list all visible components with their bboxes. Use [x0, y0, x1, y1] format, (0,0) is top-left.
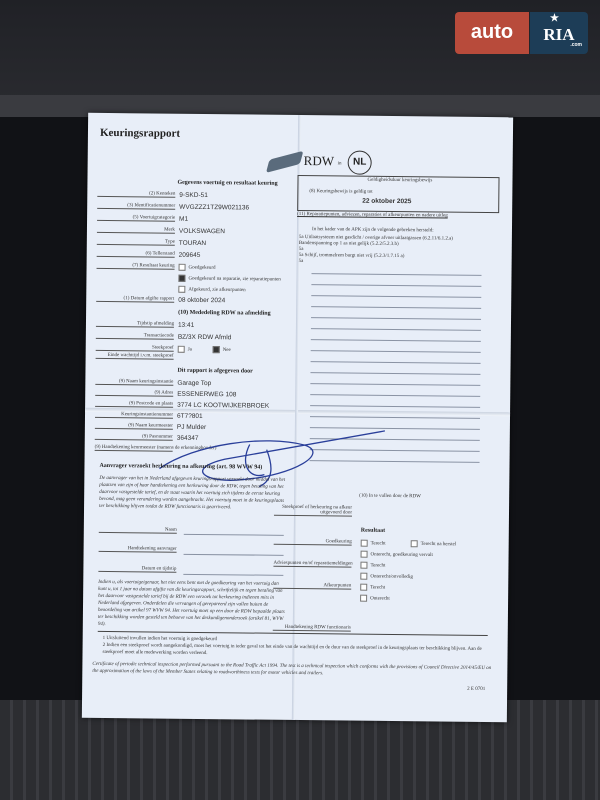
country-badge: NL	[348, 151, 372, 175]
checkbox[interactable]	[360, 584, 367, 591]
checkbox[interactable]	[361, 551, 368, 558]
issuer-value: 3774 LC KOOTWIJKERBROEK	[177, 402, 269, 410]
advice-item: Bandenspanning op 1 as niet gelijk (5.2.…	[299, 241, 399, 247]
rdw-result-option[interactable]: Terecht na herstel	[411, 540, 457, 547]
checkbox[interactable]	[360, 562, 367, 569]
issuer-label: (9) Naam keuringsinstantie	[95, 379, 173, 386]
field-value: 9-SKD-51	[179, 192, 208, 199]
checkbox[interactable]	[213, 346, 220, 353]
field-value: WVGZZZ1TZ9W021136	[179, 204, 249, 212]
field-value: 209645	[179, 252, 201, 259]
watermark-badge: auto ★ RIA .com	[455, 12, 588, 54]
result-option[interactable]: Goedgekeurd na reparatie, zie reparatiep…	[178, 275, 280, 283]
field-value: TOURAN	[179, 240, 206, 247]
section-vehicle: Gegevens voertuig en resultaat keuring	[177, 180, 277, 187]
watermark-ria: ★ RIA .com	[530, 12, 588, 54]
field-label: (6) Tellerstand	[97, 251, 175, 258]
issuer-label: Keuringsinstantienummer	[95, 412, 173, 419]
rdw-result-option[interactable]: Terecht	[360, 562, 385, 569]
checkbox[interactable]	[411, 540, 418, 547]
field-value: VOLKSWAGEN	[179, 228, 225, 235]
field-value: M1	[179, 216, 188, 223]
issuer-value: 6T7?801	[177, 413, 203, 420]
advice-item: 5a	[299, 247, 304, 252]
field-label: (5) Voertuigcategorie	[97, 215, 175, 222]
issue-date: 08 oktober 2024	[178, 297, 225, 304]
validity-date: 22 oktober 2025	[362, 198, 411, 206]
inspection-report-document: Keuringsrapport RDW in NL Gegevens voert…	[82, 113, 513, 722]
watermark-auto: auto	[455, 12, 529, 54]
advice-title: (11) Reparatiepunten, adviezen, reparati…	[297, 212, 448, 219]
request-title: Aanvrager verzoekt herkeuring na afkeuri…	[99, 463, 262, 471]
rdw-result-option[interactable]: Onterecht	[360, 595, 390, 602]
field-label: Merk	[97, 227, 175, 234]
star-icon: ★	[550, 0, 559, 42]
issuer-label: (9) Adres	[95, 390, 173, 397]
result-option[interactable]: Goedgekeurd	[179, 264, 216, 271]
field-label: Type	[97, 239, 175, 246]
rdw-result-option[interactable]: Terecht	[361, 540, 386, 547]
checkbox[interactable]	[361, 540, 368, 547]
field-label: (2) Kenteken	[97, 191, 175, 198]
checkbox[interactable]	[178, 346, 185, 353]
form-code: 2 E 0701	[467, 687, 485, 692]
sample-option[interactable]: Nee	[213, 346, 231, 353]
rdw-result-option[interactable]: Onterecht/onvolledig	[360, 573, 413, 581]
advice-item: 5a Schijf, trommelrem burgt niet vrij (5…	[299, 253, 405, 259]
document-title: Keuringsrapport	[100, 127, 180, 140]
result-option[interactable]: Afgekeurd, zie afkeurpunten	[178, 286, 245, 294]
advice-item: 5a	[299, 259, 304, 264]
checkbox[interactable]	[178, 275, 185, 282]
issuer-value: Garage Top	[177, 380, 211, 387]
issuer-value: ESSENERWEG 108	[177, 391, 236, 399]
authority-name: RDW	[304, 153, 335, 169]
checkbox[interactable]	[360, 595, 367, 602]
checkbox[interactable]	[360, 573, 367, 580]
checkbox[interactable]	[178, 286, 185, 293]
rdw-result-option[interactable]: Onterecht, goedkeuring vervalt	[361, 551, 433, 559]
field-label: (3) Identificatienummer	[97, 203, 175, 210]
issuer-label: (9) Postcode en plaats	[95, 401, 173, 408]
sample-option[interactable]: Ja	[178, 346, 192, 353]
checkbox[interactable]	[179, 264, 186, 271]
rdw-result-option[interactable]: Terecht	[360, 584, 385, 591]
